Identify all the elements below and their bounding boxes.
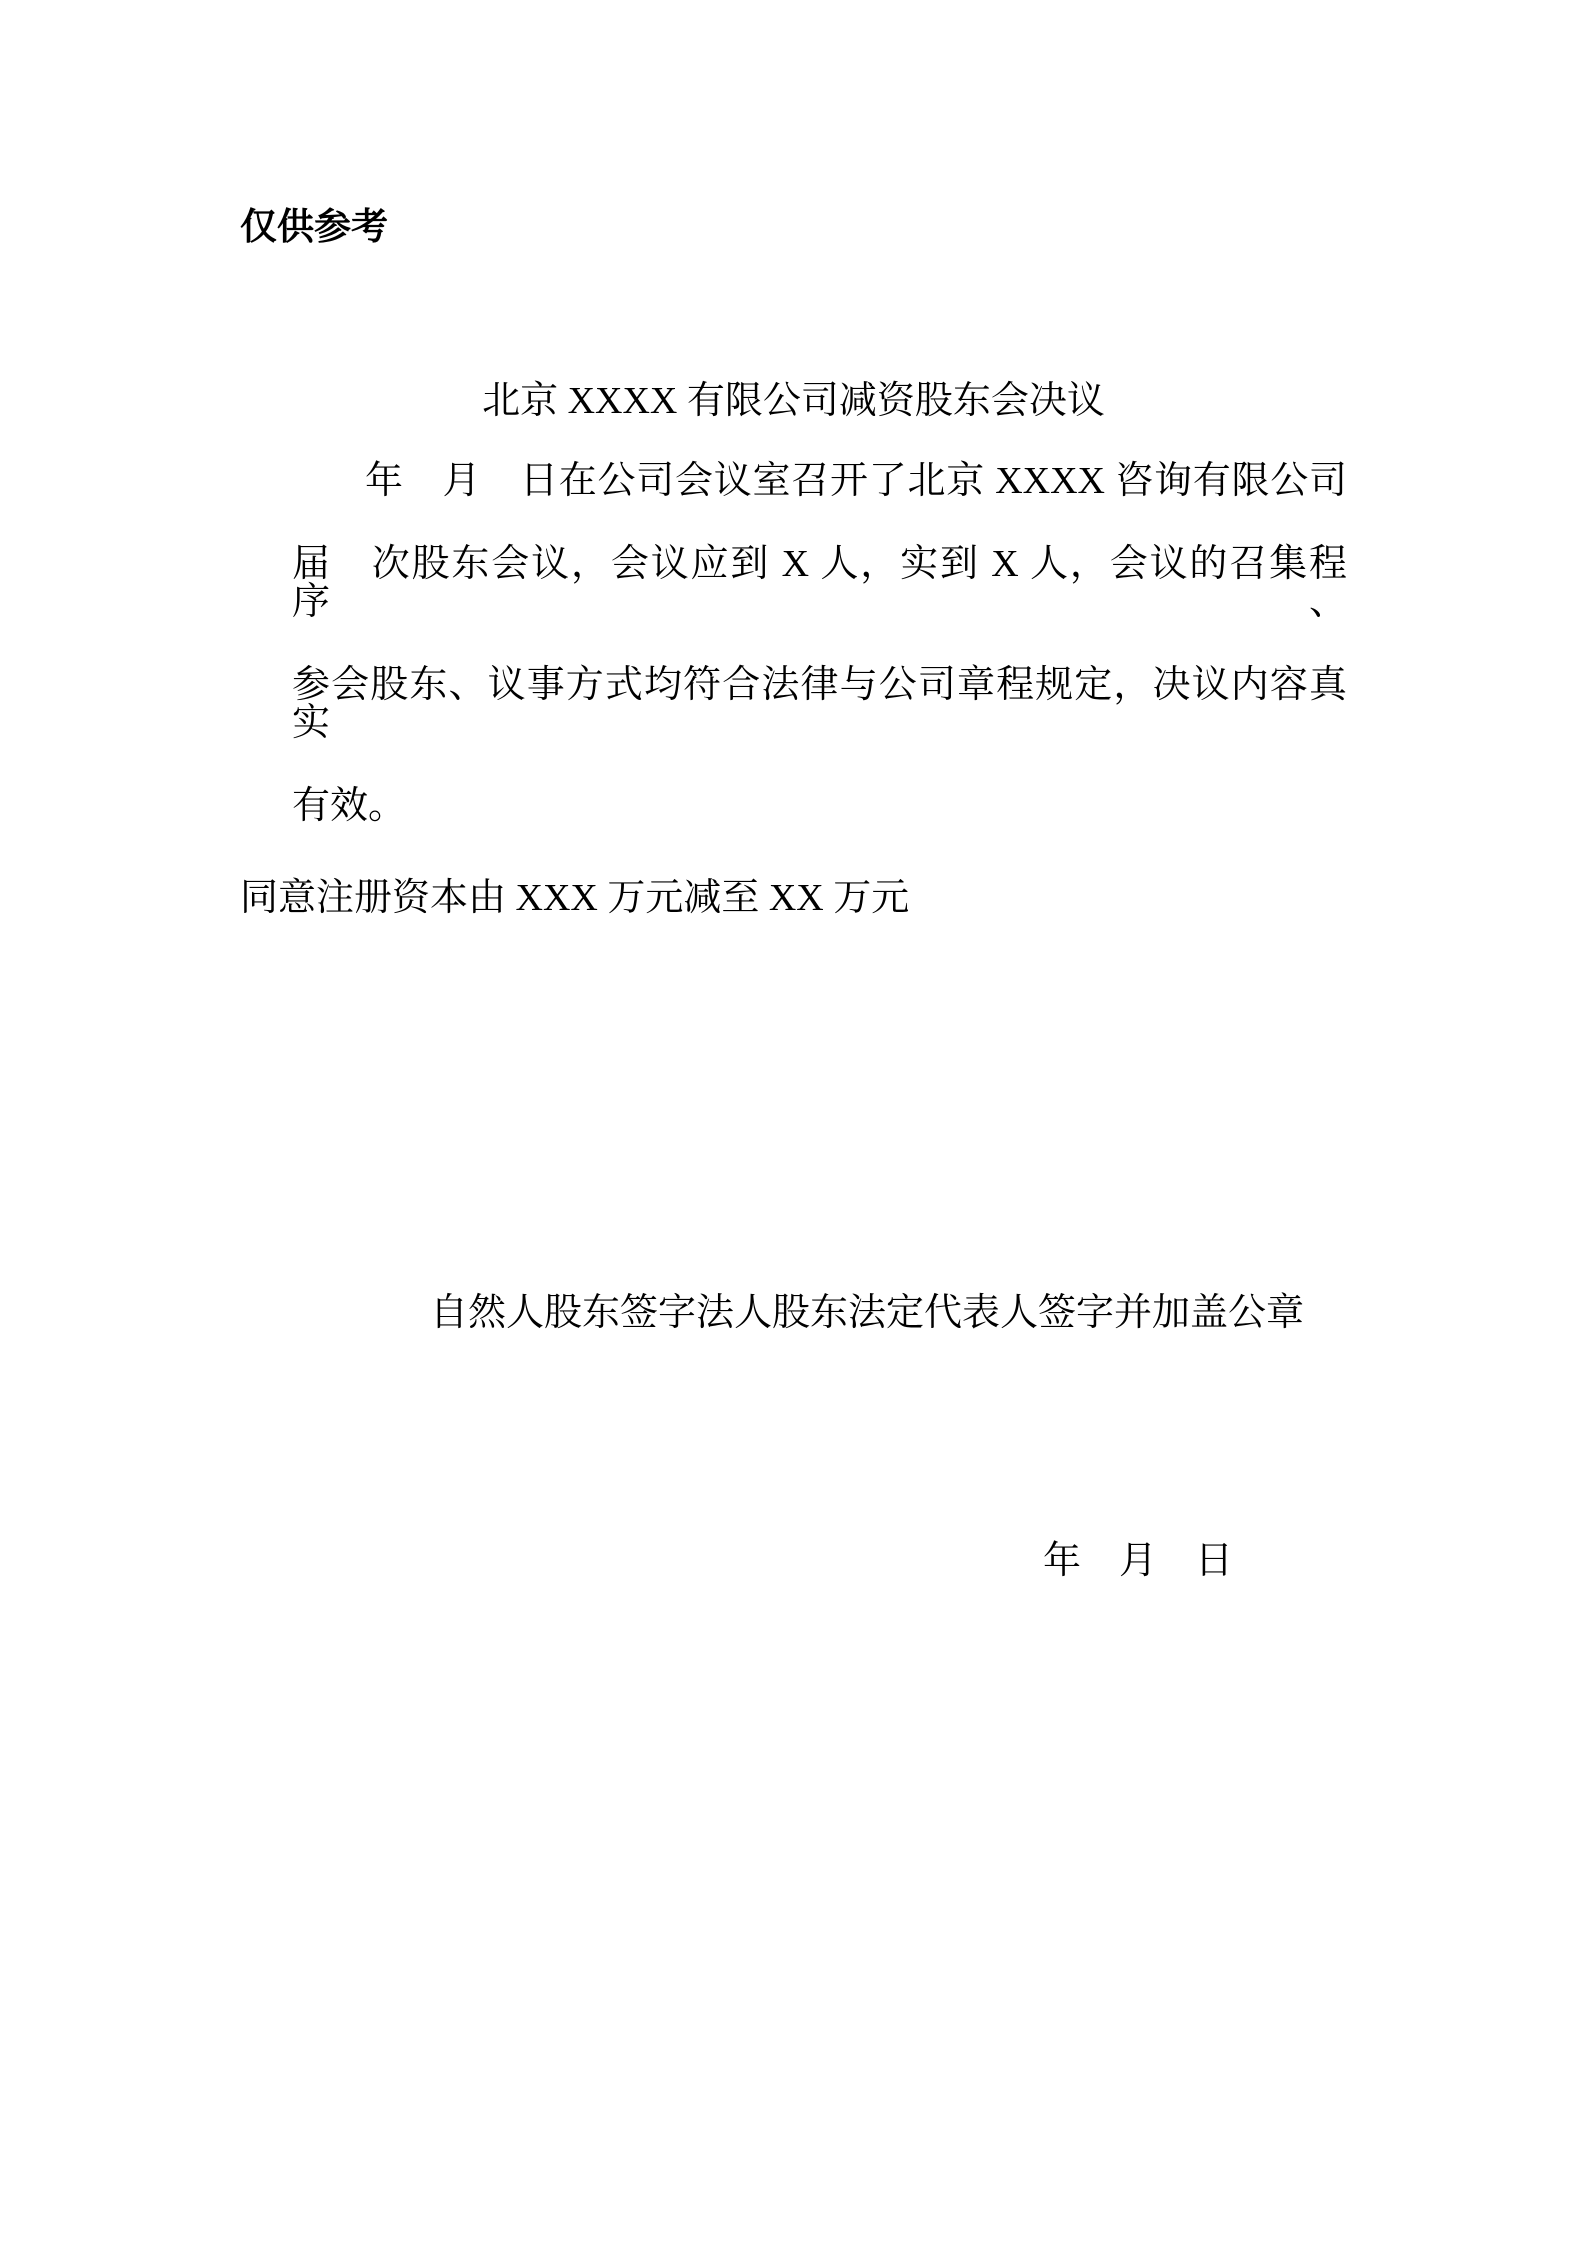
document-page: 仅供参考 北京 XXXX 有限公司减资股东会决议 年 月 日在公司会议室召开了北… bbox=[0, 0, 1587, 2245]
paragraph-line-4: 有效。 bbox=[292, 787, 1347, 825]
date-line: 年 月 日 bbox=[1043, 1541, 1233, 1581]
paragraph-line-2: 届 次股东会议，会议应到 X 人，实到 X 人，会议的召集程序、 bbox=[292, 545, 1347, 621]
paragraph-line-1: 年 月 日在公司会议室召开了北京 XXXX 咨询有限公司 bbox=[365, 462, 1347, 500]
resolution-line: 同意注册资本由 XXX 万元减至 XX 万元 bbox=[240, 878, 909, 918]
signature-instruction-line: 自然人股东签字法人股东法定代表人签字并加盖公章 bbox=[430, 1293, 1304, 1333]
paragraph-line-3: 参会股东、议事方式均符合法律与公司章程规定，决议内容真实 bbox=[292, 666, 1347, 742]
meeting-paragraph: 年 月 日在公司会议室召开了北京 XXXX 咨询有限公司 届 次股东会议，会议应… bbox=[240, 462, 1347, 870]
document-title: 北京 XXXX 有限公司减资股东会决议 bbox=[0, 381, 1587, 421]
reference-only-note: 仅供参考 bbox=[240, 208, 388, 246]
